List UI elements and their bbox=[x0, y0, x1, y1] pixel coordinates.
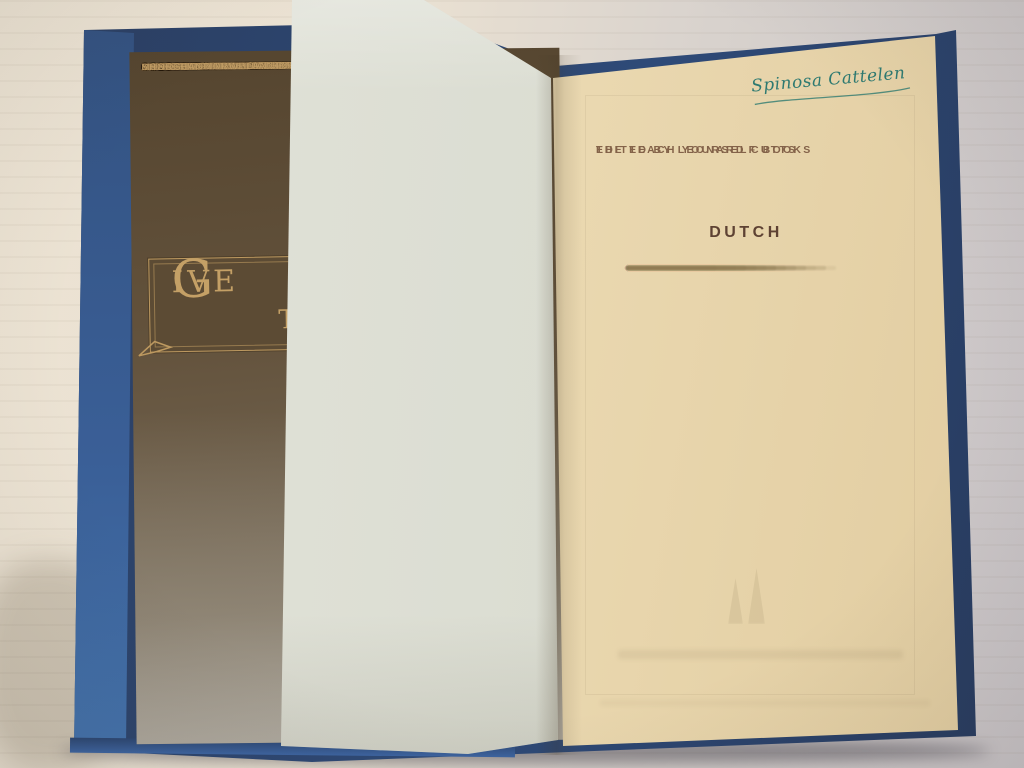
show-through-marks bbox=[600, 700, 930, 706]
title-page-embossed-frame bbox=[585, 95, 915, 695]
show-through-line bbox=[626, 266, 746, 270]
book-photo: ADVERTISING & PUBLICITYBOOK-KEEPING BRIC… bbox=[0, 0, 1024, 768]
plaque-scroll-tail bbox=[137, 337, 177, 360]
plaque-line-1-rest: IVE bbox=[171, 264, 239, 300]
page-gutter-shadow bbox=[536, 55, 582, 755]
series-list-line: SHORTHAND PLANNIN bbox=[141, 60, 287, 76]
series-heading-line-2: EDITED BY LEONARD CUTTS bbox=[596, 141, 797, 160]
book-title: DUTCH bbox=[596, 224, 896, 242]
show-through-horizon bbox=[618, 650, 903, 659]
owner-inscription: Spinosa Cattelen bbox=[750, 59, 949, 76]
